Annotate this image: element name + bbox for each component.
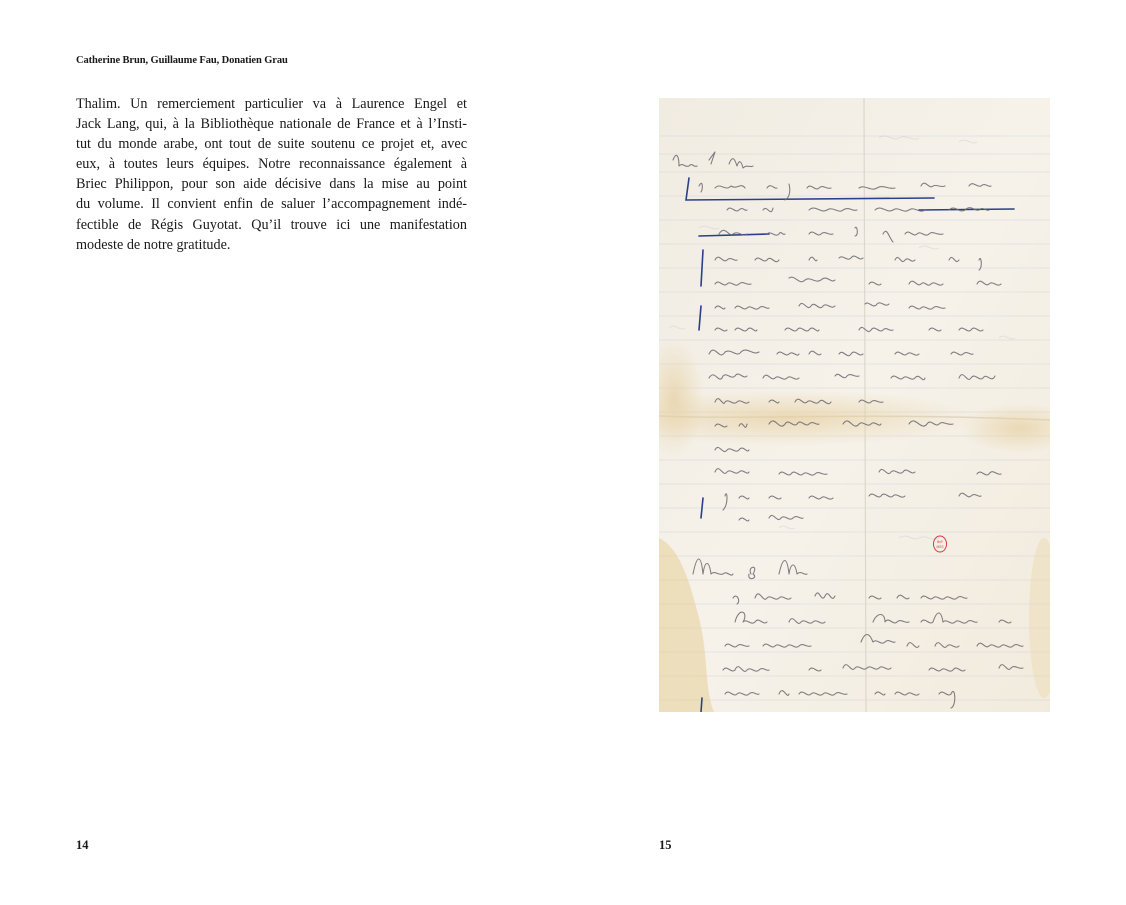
- manuscript-illustration: BnF MSS: [659, 98, 1050, 712]
- paragraph-line: modeste de notre gratitude.: [76, 235, 467, 255]
- paragraph-line: fectible de Régis Guyotat. Qu’il trouve …: [76, 215, 467, 235]
- paragraph-line: tut du monde arabe, ont tout de suite so…: [76, 134, 467, 154]
- paragraph-line: du volume. Il convient enfin de saluer l…: [76, 194, 467, 214]
- left-page: Catherine Brun, Guillaume Fau, Donatien …: [0, 0, 563, 905]
- paragraph-line: Briec Philippon, pour son aide décisive …: [76, 174, 467, 194]
- paragraph-line: Thalim. Un remerciement particulier va à…: [76, 94, 467, 114]
- paragraph-line: Jack Lang, qui, à la Bibliothèque nation…: [76, 114, 467, 134]
- acknowledgements-paragraph: Thalim. Un remerciement particulier va à…: [76, 94, 467, 255]
- running-head-authors: Catherine Brun, Guillaume Fau, Donatien …: [76, 55, 288, 66]
- svg-text:MSS: MSS: [937, 545, 944, 549]
- manuscript-image: BnF MSS: [659, 98, 1050, 712]
- right-page: BnF MSS 15: [563, 0, 1126, 905]
- svg-text:BnF: BnF: [937, 540, 943, 544]
- paragraph-line: eux, à toutes leurs équipes. Notre recon…: [76, 154, 467, 174]
- page-number-left: 14: [76, 838, 89, 853]
- page-number-right: 15: [659, 838, 672, 853]
